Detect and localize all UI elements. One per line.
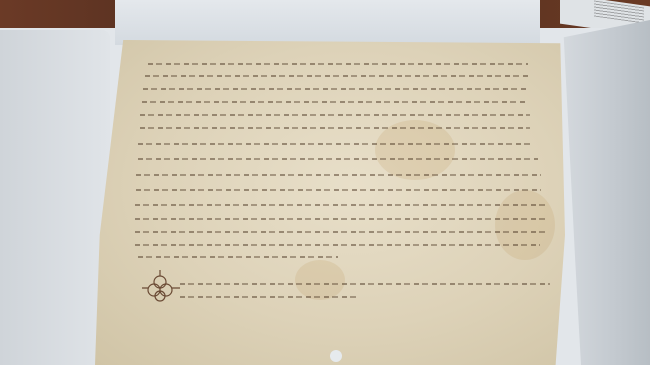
folder-left-flap: [0, 30, 110, 365]
parchment-notch: [330, 350, 342, 362]
notarial-sign-icon: [140, 268, 180, 308]
folder-top-sheet: [115, 0, 540, 45]
